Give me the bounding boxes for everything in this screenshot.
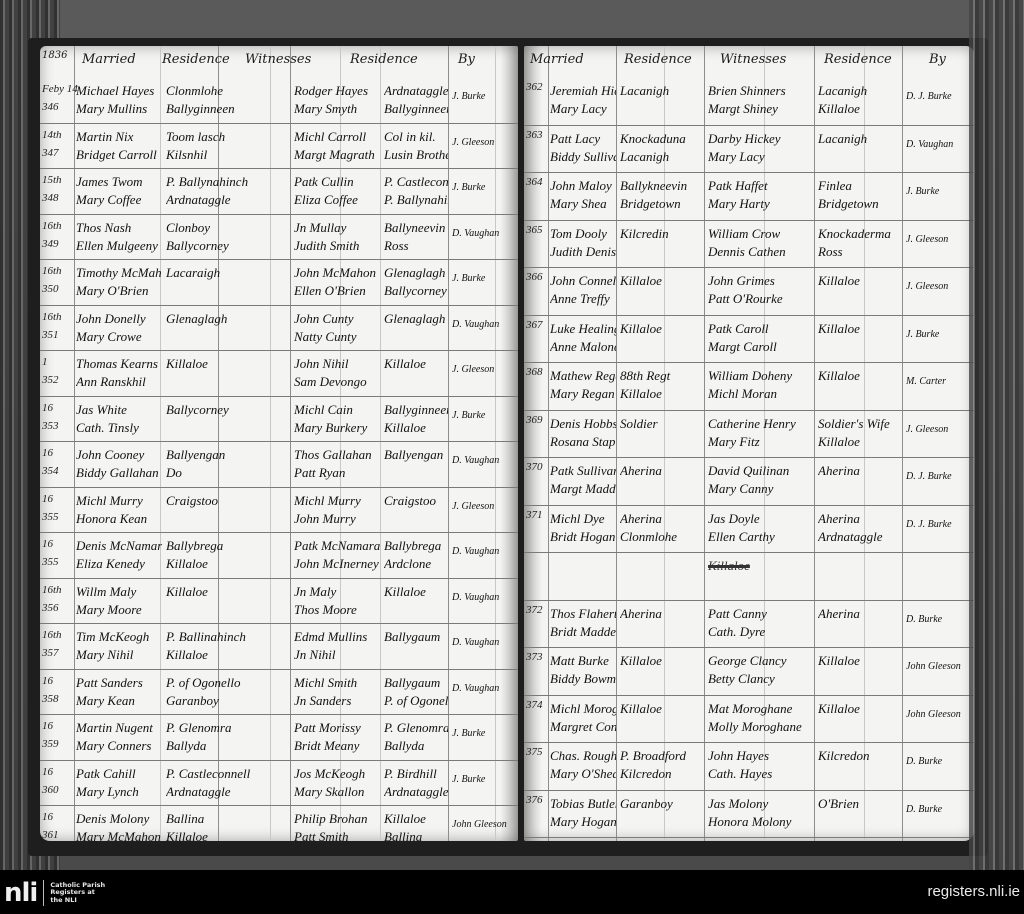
groom-residence: Kilcredin bbox=[620, 225, 704, 243]
witness-1: Patk Cullin bbox=[294, 173, 380, 191]
register-entry: Feby 14346Michael HayesMary MullinsClonm… bbox=[40, 78, 518, 124]
bride-name: Bridt Hogan bbox=[550, 528, 616, 546]
witness-2: Mary Lacy bbox=[708, 148, 814, 166]
officiating-priest: J. Burke bbox=[906, 185, 972, 198]
groom-name: Patk Sullivan bbox=[550, 462, 616, 480]
bride-residence: Killaloe bbox=[166, 646, 290, 664]
entry-number: 361 bbox=[42, 828, 59, 841]
witness-2-residence: Ballyginneen bbox=[384, 100, 448, 118]
register-entry: 366John ConnellAnne TreffyKillaloeJohn G… bbox=[524, 268, 974, 316]
witness-2: Mary Burkery bbox=[294, 419, 380, 437]
witness-1-residence: P. Birdhill bbox=[384, 765, 448, 783]
bride-name: Mary Shea bbox=[550, 195, 616, 213]
entry-number: 358 bbox=[42, 692, 59, 706]
groom-name: Tom Dooly bbox=[550, 225, 616, 243]
bride-name: Mary Lynch bbox=[76, 783, 162, 801]
right-page: Married Residence Witnesses Residence By… bbox=[524, 46, 974, 841]
officiating-priest: J. Gleeson bbox=[906, 280, 972, 293]
bride-name: Margt Madden bbox=[550, 480, 616, 498]
witness-1-residence: Craigstoo bbox=[384, 492, 448, 510]
witness-2: John Murry bbox=[294, 510, 380, 528]
officiating-priest: D. J. Burke bbox=[906, 470, 972, 483]
witness-1-residence: Lacanigh bbox=[818, 130, 902, 148]
officiating-priest: J. Burke bbox=[452, 409, 518, 422]
witness-2-residence: Ballina bbox=[384, 828, 448, 841]
witness-2: Mary Canny bbox=[708, 480, 814, 498]
witness-1: William Crow bbox=[708, 225, 814, 243]
groom-residence: P. Castleconnell bbox=[166, 765, 290, 783]
groom-name: Patk Cahill bbox=[76, 765, 162, 783]
groom-name: John Connell bbox=[550, 272, 616, 290]
officiating-priest: John Gleeson bbox=[906, 660, 972, 673]
officiating-priest: D. J. Burke bbox=[906, 518, 972, 531]
groom-residence: Garanboy bbox=[620, 795, 704, 813]
witness-2: Margt Caroll bbox=[708, 338, 814, 356]
header-by: By bbox=[458, 52, 475, 76]
witness-1: Jas Doyle bbox=[708, 510, 814, 528]
witness-1: Patk Haffet bbox=[708, 177, 814, 195]
groom-residence: Aherina bbox=[620, 510, 704, 528]
witness-1: Catherine Henry bbox=[708, 415, 814, 433]
officiating-priest: D. Vaughan bbox=[906, 138, 972, 151]
witness-2: Jn Nihil bbox=[294, 646, 380, 664]
witness-2: Jn Sanders bbox=[294, 692, 380, 710]
witness-1-residence: Aherina bbox=[818, 462, 902, 480]
register-entry: 14th347Martin NixBridget CarrollToom las… bbox=[40, 124, 518, 170]
bride-residence: Killaloe bbox=[166, 828, 290, 841]
bride-name: Mary Moore bbox=[76, 601, 162, 619]
witness-2: Margt Magrath bbox=[294, 146, 380, 164]
witness-1: Rodger Hayes bbox=[294, 82, 380, 100]
register-entry: 16358Patt SandersMary KeanP. of Ogonello… bbox=[40, 670, 518, 716]
entry-number: 376 bbox=[526, 793, 543, 807]
groom-residence: Craigstoo bbox=[166, 492, 290, 510]
witness-1: Brien Shinners bbox=[708, 82, 814, 100]
register-entry: 16th351John DonellyMary CroweGlenaglaghJ… bbox=[40, 306, 518, 352]
witness-2-residence: Killaloe bbox=[818, 433, 902, 451]
officiating-priest: D. Burke bbox=[906, 803, 972, 816]
bride-name: Bridt Madden bbox=[550, 623, 616, 641]
witness-1-residence: Killaloe bbox=[818, 320, 902, 338]
groom-residence: P. Ballynahinch bbox=[166, 173, 290, 191]
witness-2-residence: Killaloe bbox=[384, 419, 448, 437]
witness-1-residence: Aherina bbox=[818, 605, 902, 623]
bride-residence: Ballycorney bbox=[166, 237, 290, 255]
groom-residence: P. Ballinahinch bbox=[166, 628, 290, 646]
register-entry: 365Tom DoolyJudith DenisonKilcredinWilli… bbox=[524, 221, 974, 269]
entry-number: 359 bbox=[42, 737, 59, 751]
witness-1-residence: Ballyginneen bbox=[384, 401, 448, 419]
witness-2: Thos Moore bbox=[294, 601, 380, 619]
groom-residence: 88th Regt bbox=[620, 367, 704, 385]
witness-1: Michl Murry bbox=[294, 492, 380, 510]
witness-2-residence: Bridgetown bbox=[818, 195, 902, 213]
register-entry: 367Luke HealingAnne MaloneKillaloePatk C… bbox=[524, 316, 974, 364]
header-by: By bbox=[929, 52, 946, 76]
groom-name: James Twom bbox=[76, 173, 162, 191]
groom-residence: P. Glenomra bbox=[166, 719, 290, 737]
entry-number: 372 bbox=[526, 603, 543, 617]
witness-2-residence: Lusin Brothers bbox=[384, 146, 448, 164]
witness-2: Mary Skallon bbox=[294, 783, 380, 801]
witness-2: Mary Smyth bbox=[294, 100, 380, 118]
witness-2-residence: P. of Ogonello bbox=[384, 692, 448, 710]
witness-1-residence: Aherina bbox=[818, 510, 902, 528]
witness-1: John Nihil bbox=[294, 355, 380, 373]
witness-1: David Quilinan bbox=[708, 462, 814, 480]
groom-name: Michl Moroghane bbox=[550, 700, 616, 718]
witness-2: Ellen Carthy bbox=[708, 528, 814, 546]
groom-name: Jeremiah Hickey bbox=[550, 82, 616, 100]
officiating-priest: J. Burke bbox=[452, 181, 518, 194]
bride-name: Mary McMahon bbox=[76, 828, 162, 841]
register-entry: 16th356Willm MalyMary MooreKillaloeJn Ma… bbox=[40, 579, 518, 625]
officiating-priest: D. Vaughan bbox=[452, 545, 518, 558]
groom-residence: Soldier bbox=[620, 415, 704, 433]
officiating-priest: J. Burke bbox=[452, 773, 518, 786]
witness-1: George Clancy bbox=[708, 652, 814, 670]
officiating-priest: J. Gleeson bbox=[906, 423, 972, 436]
groom-residence: Killaloe bbox=[166, 355, 290, 373]
entry-number: 351 bbox=[42, 328, 59, 342]
register-entry: 1352Thomas KearnsAnn RanskhilKillaloeJoh… bbox=[40, 351, 518, 397]
officiating-priest: D. Burke bbox=[906, 755, 972, 768]
witness-2: Judith Smith bbox=[294, 237, 380, 255]
groom-residence: Glenaglagh bbox=[166, 310, 290, 328]
witness-1: Michl Cain bbox=[294, 401, 380, 419]
witness-1-residence: Glenaglagh bbox=[384, 264, 448, 282]
witness-1: Jn Mullay bbox=[294, 219, 380, 237]
witness-2-residence: Ross bbox=[818, 243, 902, 261]
witness-1: Jas Molony bbox=[708, 795, 814, 813]
entry-number: 346 bbox=[42, 100, 59, 114]
bride-name: Anne Treffy bbox=[550, 290, 616, 308]
bride-name: Mary Regan bbox=[550, 385, 616, 403]
bride-residence: Ballyginneen bbox=[166, 100, 290, 118]
bride-name: Mary Kean bbox=[76, 692, 162, 710]
register-entry: 364John MaloyMary SheaBallykneevinBridge… bbox=[524, 173, 974, 221]
groom-name: Michl Dye bbox=[550, 510, 616, 528]
witness-2: Margt Shiney bbox=[708, 100, 814, 118]
groom-name: Tim McKeogh bbox=[76, 628, 162, 646]
register-entry: Killaloe bbox=[524, 553, 974, 601]
witness-2: Natty Cunty bbox=[294, 328, 380, 346]
scanned-register-image: 1836 Married Residence Witnesses Residen… bbox=[0, 0, 1024, 870]
officiating-priest: J. Burke bbox=[452, 272, 518, 285]
bride-name: Mary Lacy bbox=[550, 100, 616, 118]
witness-1: Jn Maly bbox=[294, 583, 380, 601]
officiating-priest: J. Burke bbox=[452, 90, 518, 103]
groom-name: John Donelly bbox=[76, 310, 162, 328]
bride-residence: Ballyda bbox=[166, 737, 290, 755]
entry-number: 374 bbox=[526, 698, 543, 712]
register-entry: 374Michl MoroghaneMargret ConroyKillaloe… bbox=[524, 696, 974, 744]
witness-2-residence: Killaloe bbox=[818, 100, 902, 118]
witness-2: Eliza Coffee bbox=[294, 191, 380, 209]
entry-number: 367 bbox=[526, 318, 543, 332]
witness-2-residence: Ardnataggle bbox=[384, 783, 448, 801]
register-entry: 369Denis HobbsRosana StapletonSoldierCat… bbox=[524, 411, 974, 459]
witness-1: Edmd Mullins bbox=[294, 628, 380, 646]
nli-logo-mark: nli bbox=[4, 878, 37, 908]
groom-name: Thomas Kearns bbox=[76, 355, 162, 373]
witness-1-residence: Killaloe bbox=[818, 272, 902, 290]
witness-1-residence: Killaloe bbox=[384, 355, 448, 373]
bride-name: Rosana Stapleton bbox=[550, 433, 616, 451]
groom-name: Jas White bbox=[76, 401, 162, 419]
bride-name: Biddy Gallahan bbox=[76, 464, 162, 482]
bride-name: Mary Nihil bbox=[76, 646, 162, 664]
witness-2: Mary Harty bbox=[708, 195, 814, 213]
bride-residence: Do bbox=[166, 464, 290, 482]
entry-number: 354 bbox=[42, 464, 59, 478]
officiating-priest: D. Burke bbox=[906, 613, 972, 626]
officiating-priest: M. Carter bbox=[906, 375, 972, 388]
register-entry: 16th357Tim McKeoghMary NihilP. Ballinahi… bbox=[40, 624, 518, 670]
groom-name: Michl Murry bbox=[76, 492, 162, 510]
groom-residence: Lacanigh bbox=[620, 82, 704, 100]
entry-date: 16 bbox=[42, 537, 53, 551]
groom-name: Martin Nix bbox=[76, 128, 162, 146]
entry-date: 1 bbox=[42, 355, 48, 369]
officiating-priest: D. Vaughan bbox=[452, 636, 518, 649]
groom-name: Chas. Roughan bbox=[550, 747, 616, 765]
witness-1: Mat Moroghane bbox=[708, 700, 814, 718]
witness-1: Philip Brohan bbox=[294, 810, 380, 828]
bride-name: Biddy Bowman bbox=[550, 670, 616, 688]
bride-name: Honora Kean bbox=[76, 510, 162, 528]
year-note: 1836 bbox=[42, 50, 67, 74]
groom-name: Denis McNamara bbox=[76, 537, 162, 555]
officiating-priest: John Gleeson bbox=[452, 818, 518, 831]
header-witness-residence: Residence bbox=[350, 52, 418, 76]
witness-1-residence: Lacanigh bbox=[818, 82, 902, 100]
bride-residence: Garanboy bbox=[166, 692, 290, 710]
groom-name: Patt Lacy bbox=[550, 130, 616, 148]
entry-date: 16 bbox=[42, 492, 53, 506]
witness-2: Molly Moroghane bbox=[708, 718, 814, 736]
officiating-priest: J. Burke bbox=[906, 328, 972, 341]
entry-number: 363 bbox=[526, 128, 543, 142]
entry-number: 349 bbox=[42, 237, 59, 251]
nli-logo[interactable]: nli Catholic Parish Registers at the NLI bbox=[4, 878, 105, 908]
bride-residence: Ardnataggle bbox=[166, 783, 290, 801]
entry-number: 366 bbox=[526, 270, 543, 284]
groom-residence: Clonboy bbox=[166, 219, 290, 237]
header-witnesses: Witnesses bbox=[245, 52, 311, 76]
bride-name: Mary Mullins bbox=[76, 100, 162, 118]
officiating-priest: J. Burke bbox=[452, 727, 518, 740]
witness-1-residence: Col in kil. bbox=[384, 128, 448, 146]
officiating-priest: J. Gleeson bbox=[906, 233, 972, 246]
entry-date: 16th bbox=[42, 219, 62, 233]
witness-2: Ellen O'Brien bbox=[294, 282, 380, 300]
bride-name: Judith Denison bbox=[550, 243, 616, 261]
witness-1-residence: Kilcredon bbox=[818, 747, 902, 765]
bride-name: Mary O'Shea bbox=[550, 765, 616, 783]
groom-name: Michael Hayes bbox=[76, 82, 162, 100]
entry-date: 16 bbox=[42, 765, 53, 779]
groom-residence: Clonmlohe bbox=[166, 82, 290, 100]
groom-residence: Ballybrega bbox=[166, 537, 290, 555]
site-url-link[interactable]: registers.nli.ie bbox=[927, 883, 1020, 900]
bride-name: Mary Coffee bbox=[76, 191, 162, 209]
witness-1: John Cunty bbox=[294, 310, 380, 328]
officiating-priest: J. Gleeson bbox=[452, 136, 518, 149]
witness-1: William Doheny bbox=[708, 367, 814, 385]
bride-name: Eliza Kenedy bbox=[76, 555, 162, 573]
witness-2: Patt O'Rourke bbox=[708, 290, 814, 308]
register-entry: 16354John CooneyBiddy GallahanBallyengan… bbox=[40, 442, 518, 488]
entry-number: 371 bbox=[526, 508, 543, 522]
witness-1: Patt Canny bbox=[708, 605, 814, 623]
groom-name: Martin Nugent bbox=[76, 719, 162, 737]
groom-name: Luke Healing bbox=[550, 320, 616, 338]
officiating-priest: D. J. Burke bbox=[906, 90, 972, 103]
officiating-priest: D. Vaughan bbox=[452, 591, 518, 604]
witness-1: Killaloe bbox=[708, 557, 814, 575]
entry-date: 16 bbox=[42, 810, 53, 824]
witness-2: Patt Smith bbox=[294, 828, 380, 841]
groom-residence: P. of Ogonello bbox=[166, 674, 290, 692]
groom-name: Denis Hobbs bbox=[550, 415, 616, 433]
bride-residence: Kilcredon bbox=[620, 765, 704, 783]
entry-number: 348 bbox=[42, 191, 59, 205]
entry-date: Feby 14 bbox=[42, 82, 78, 96]
groom-residence: Killaloe bbox=[620, 320, 704, 338]
header-married: Married bbox=[82, 52, 136, 76]
nli-logo-text: Catholic Parish Registers at the NLI bbox=[50, 882, 105, 905]
groom-name: John Maloy bbox=[550, 177, 616, 195]
entry-number: 353 bbox=[42, 419, 59, 433]
entry-number: 357 bbox=[42, 646, 59, 660]
bride-residence: Clonmlohe bbox=[620, 528, 704, 546]
register-entry: 375Chas. RoughanMary O'SheaP. BroadfordK… bbox=[524, 743, 974, 791]
witness-1: Jos McKeogh bbox=[294, 765, 380, 783]
groom-name: Thos Flaherty bbox=[550, 605, 616, 623]
groom-residence: Ballykneevin bbox=[620, 177, 704, 195]
witness-2: John McInerney bbox=[294, 555, 380, 573]
witness-1: Patt Morissy bbox=[294, 719, 380, 737]
bride-residence: Bridgetown bbox=[620, 195, 704, 213]
register-entry: 368Mathew ReganMary Regan88th RegtKillal… bbox=[524, 363, 974, 411]
witness-2: Patt Ryan bbox=[294, 464, 380, 482]
groom-residence: Ballyengan bbox=[166, 446, 290, 464]
witness-2: Mary Fitz bbox=[708, 433, 814, 451]
entry-number: 370 bbox=[526, 460, 543, 474]
witness-2: Cath. Hayes bbox=[708, 765, 814, 783]
witness-1-residence: Ballybrega bbox=[384, 537, 448, 555]
entry-date: 15th bbox=[42, 173, 62, 187]
bride-name: Mary Crowe bbox=[76, 328, 162, 346]
officiating-priest: D. Vaughan bbox=[452, 227, 518, 240]
witness-1-residence: Ballyengan bbox=[384, 446, 448, 464]
witness-1: Darby Hickey bbox=[708, 130, 814, 148]
witness-1: Patk Caroll bbox=[708, 320, 814, 338]
witness-1-residence: Killaloe bbox=[384, 583, 448, 601]
witness-1: John Hayes bbox=[708, 747, 814, 765]
groom-residence: Killaloe bbox=[620, 272, 704, 290]
witness-1-residence: Ballyneevin bbox=[384, 219, 448, 237]
witness-2-residence: Ardclone bbox=[384, 555, 448, 573]
register-entry: 16355Michl MurryHonora KeanCraigstooMich… bbox=[40, 488, 518, 534]
groom-residence: P. Broadford bbox=[620, 747, 704, 765]
groom-residence: Aherina bbox=[620, 462, 704, 480]
witness-1-residence: Killaloe bbox=[818, 367, 902, 385]
entry-number: 355 bbox=[42, 510, 59, 524]
register-entry: 16355Denis McNamaraEliza KenedyBallybreg… bbox=[40, 533, 518, 579]
witness-1-residence: P. Castleconnell bbox=[384, 173, 448, 191]
witness-1: Michl Smith bbox=[294, 674, 380, 692]
register-entry: 16353Jas WhiteCath. TinslyBallycorneyMic… bbox=[40, 397, 518, 443]
bride-name: Biddy Sullivan bbox=[550, 148, 616, 166]
register-entry: 373Matt BurkeBiddy BowmanKillaloeGeorge … bbox=[524, 648, 974, 696]
witness-1: John Grimes bbox=[708, 272, 814, 290]
witness-1-residence: Ballygaum bbox=[384, 674, 448, 692]
entry-date: 16th bbox=[42, 310, 62, 324]
header-residence: Residence bbox=[162, 52, 230, 76]
entry-number: 375 bbox=[526, 745, 543, 759]
groom-residence: Killaloe bbox=[620, 652, 704, 670]
witness-2-residence: Ballyda bbox=[384, 737, 448, 755]
register-entry: 16th349Thos NashEllen MulgeenyClonboyBal… bbox=[40, 215, 518, 261]
groom-residence: Ballina bbox=[166, 810, 290, 828]
entry-date: 16 bbox=[42, 674, 53, 688]
witness-1-residence: Ballygaum bbox=[384, 628, 448, 646]
groom-name: Timothy McMahon bbox=[76, 264, 162, 282]
header-witnesses: Witnesses bbox=[720, 52, 786, 76]
officiating-priest: J. Gleeson bbox=[452, 363, 518, 376]
register-entry: 363Patt LacyBiddy SullivanKnockadunaLaca… bbox=[524, 126, 974, 174]
entry-number: 362 bbox=[526, 80, 543, 94]
groom-name: John Cooney bbox=[76, 446, 162, 464]
register-entry: 16359Martin NugentMary ConnersP. Glenomr… bbox=[40, 715, 518, 761]
groom-name: Mathew Regan bbox=[550, 367, 616, 385]
entry-number: 355 bbox=[42, 555, 59, 569]
header-witness-residence: Residence bbox=[824, 52, 892, 76]
witness-1-residence: Killaloe bbox=[818, 700, 902, 718]
entry-number: 373 bbox=[526, 650, 543, 664]
bride-name: Mary Hogan bbox=[550, 813, 616, 831]
witness-1-residence: Killaloe bbox=[818, 652, 902, 670]
entry-date: 16 bbox=[42, 719, 53, 733]
register-entry: 16th350Timothy McMahonMary O'BrienLacara… bbox=[40, 260, 518, 306]
header-married: Married bbox=[530, 52, 584, 76]
bride-name: Mary Conners bbox=[76, 737, 162, 755]
entry-number: 347 bbox=[42, 146, 59, 160]
witness-2: Bridt Meany bbox=[294, 737, 380, 755]
register-entry: 376Tobias ButlerMary HoganGaranboyJas Mo… bbox=[524, 791, 974, 839]
entry-number: 352 bbox=[42, 373, 59, 387]
register-entry: 371Michl DyeBridt HoganAherinaClonmloheJ… bbox=[524, 506, 974, 554]
witness-2: Michl Moran bbox=[708, 385, 814, 403]
groom-name: Tobias Butler bbox=[550, 795, 616, 813]
bride-name: Anne Malone bbox=[550, 338, 616, 356]
witness-2: Sam Devongo bbox=[294, 373, 380, 391]
officiating-priest: D. Vaughan bbox=[452, 318, 518, 331]
register-entry: 15th348James TwomMary CoffeeP. Ballynahi… bbox=[40, 169, 518, 215]
register-entry: 16361Denis MolonyMary McMahonBallinaKill… bbox=[40, 806, 518, 841]
witness-1-residence: Soldier's Wife bbox=[818, 415, 902, 433]
bride-name: Bridget Carroll bbox=[76, 146, 162, 164]
witness-1: John McMahon bbox=[294, 264, 380, 282]
bride-residence: Killaloe bbox=[166, 555, 290, 573]
witness-2: Betty Clancy bbox=[708, 670, 814, 688]
groom-residence: Ballycorney bbox=[166, 401, 290, 419]
officiating-priest: D. Vaughan bbox=[452, 682, 518, 695]
bride-name: Ann Ranskhil bbox=[76, 373, 162, 391]
witness-2-residence: P. Ballynahinch bbox=[384, 191, 448, 209]
